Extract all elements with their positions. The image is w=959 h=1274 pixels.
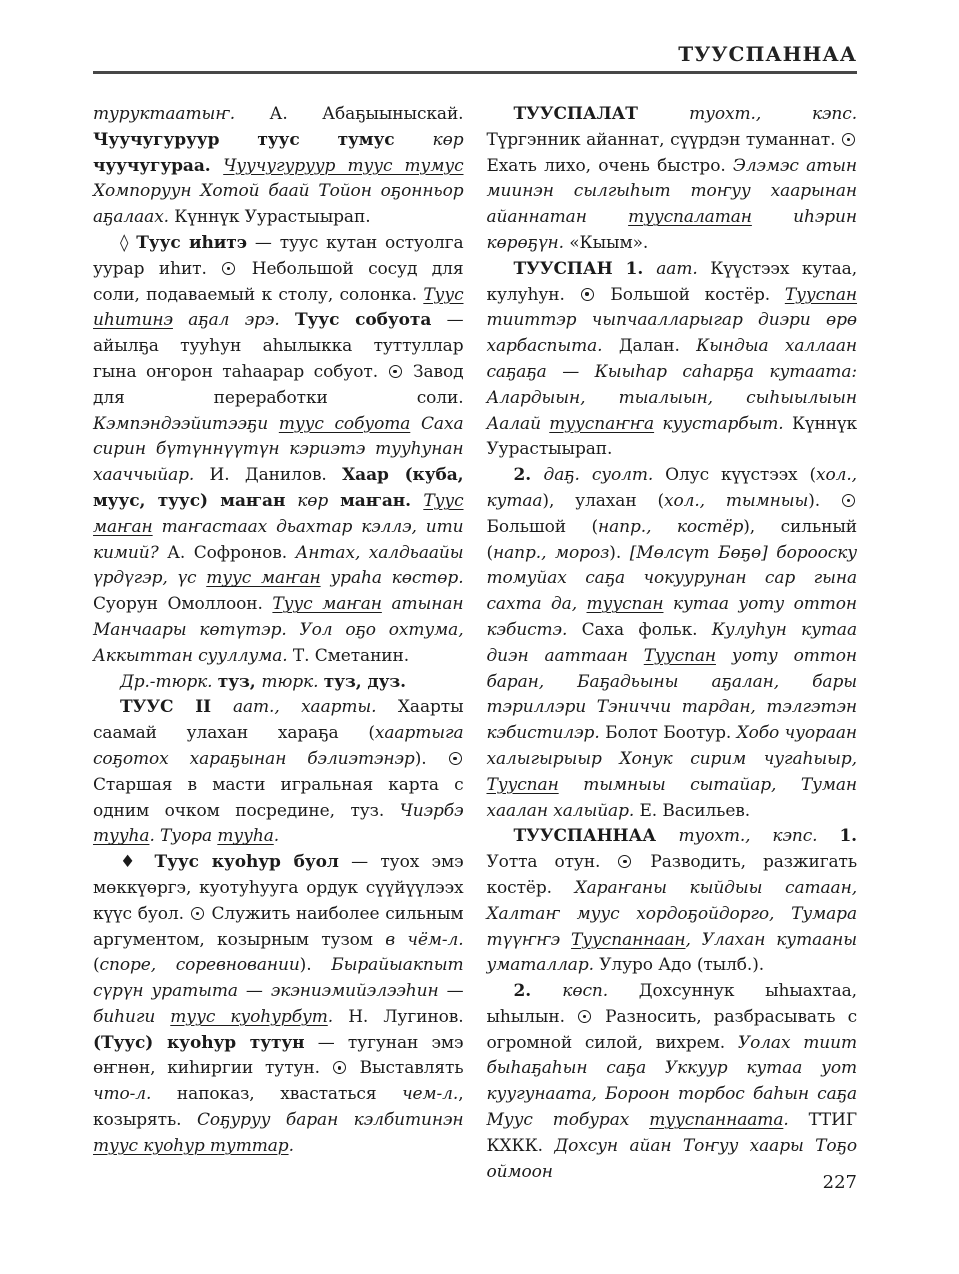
paragraph: ♦ Туус куоһур буол — туох эмэ мөккүөргэ,… (93, 850, 464, 1160)
text-run: ). (609, 543, 629, 563)
paragraph: 2. көсп. Дохсуннук ыһыахтаа, ыһылын. Раз… (487, 979, 858, 1185)
text-run: Выставлять (348, 1058, 464, 1078)
paragraph: ТУУСПАЛАТ туохт., кэпс. Түргэнник айанна… (487, 102, 858, 257)
text-run: Соҕуруу баран кэлбитинэн (197, 1110, 464, 1130)
dictionary-page: ТУУСПАННАА туруктаатыҥ. А. Абаҕыыныскай.… (0, 0, 959, 1274)
text-run: көсп. (562, 981, 639, 1001)
text-run: Туус куоһур буол (155, 852, 339, 872)
text-run: Болот Боотур. (600, 723, 737, 743)
text-run: Большой ( (487, 517, 599, 537)
text-run: Суорун Омоллоон. (93, 594, 272, 614)
filled-diamond-icon: ♦ (120, 852, 142, 872)
circled-dot-icon (842, 133, 855, 146)
text-run: хол., тымныы (664, 491, 808, 511)
text-run: тууһа (217, 826, 273, 846)
text-run: Чиэрбэ (400, 801, 464, 821)
text-run: . (149, 826, 160, 846)
circled-dot-icon (578, 1010, 591, 1023)
circled-dot-icon (618, 855, 631, 868)
text-run: куустарбыт. (654, 414, 784, 434)
paragraph: ТУУС II аат., хаарты. Хаарты саамай улах… (93, 695, 464, 850)
text-run: Далан. (603, 336, 697, 356)
text-columns: туруктаатыҥ. А. Абаҕыыныскай. Чуучугуруу… (93, 102, 857, 1185)
text-run: напр., мороз (493, 543, 609, 563)
text-run (285, 491, 297, 511)
text-run: Т. Сметанин. (288, 646, 409, 666)
text-run: Олус күүстээх ( (665, 465, 816, 485)
text-run: тууспаҥҥа (549, 414, 654, 434)
text-run: аат., хаарты. (233, 697, 398, 717)
text-run: Тууспан (785, 285, 857, 305)
text-run: көр (297, 491, 328, 511)
text-run: ). (415, 749, 448, 769)
column-right: ТУУСПАЛАТ туохт., кэпс. Түргэнник айанна… (487, 102, 858, 1185)
text-run: тууспаннаата (649, 1110, 783, 1130)
text-run: Күннүк Уурастыырап. (169, 207, 371, 227)
text-run: Туус иһитэ (136, 233, 247, 253)
page-number: 227 (823, 1172, 857, 1193)
text-run: Большой костёр. (596, 285, 785, 305)
text-run: Чуучугуруур туус тумус (93, 130, 433, 150)
text-run: туз, (218, 672, 262, 692)
paragraph: Др.-тюрк. туз, тюрк. туз, дуз. (93, 670, 464, 696)
text-run: Чуучугуруур туус тумус (223, 156, 463, 176)
text-run: в чём-л. (385, 930, 463, 950)
text-run: туус собуота (279, 414, 410, 434)
text-run: Туус собуота (295, 310, 431, 330)
text-run: көр (433, 130, 464, 150)
text-run: «Кыым». (564, 233, 648, 253)
text-run: споре, соревновании (100, 955, 300, 975)
text-run: ТУУСПАЛАТ (514, 104, 690, 124)
header-rule (93, 71, 857, 74)
text-run (142, 852, 154, 872)
text-run: Ехать лихо, очень быстро. (487, 156, 733, 176)
circled-dot-icon (333, 1061, 346, 1074)
paragraph: ТУУСПАННАА туохт., кэпс. 1. Уотта отун. … (487, 824, 858, 979)
text-run: Туора (160, 826, 217, 846)
column-left: туруктаатыҥ. А. Абаҕыыныскай. Чуучугуруу… (93, 102, 464, 1185)
text-run: Уотта отун. (487, 852, 618, 872)
text-run: ). (300, 955, 332, 975)
text-run: Др.-тюрк. (120, 672, 218, 692)
text-run: туус куоһур туттар (93, 1136, 289, 1156)
text-run: ), улахан ( (542, 491, 664, 511)
text-run: аҕал эрэ. (173, 310, 295, 330)
text-run: даҕ. суолт. (544, 465, 666, 485)
paragraph: ◊ Туус иһитэ — туус кутан остуолга уурар… (93, 231, 464, 670)
text-run: Тууспан (644, 646, 716, 666)
text-run: Е. Васильев. (634, 801, 750, 821)
paragraph: туруктаатыҥ. А. Абаҕыыныскай. Чуучугуруу… (93, 102, 464, 231)
text-run: туус маҥан (206, 568, 320, 588)
running-head: ТУУСПАННАА (93, 42, 857, 66)
text-run: Саха фольк. (567, 620, 711, 640)
text-run: . (289, 1136, 294, 1156)
text-run: маҥан. (340, 491, 423, 511)
text-run: тюрк. (261, 672, 323, 692)
text-run: тууспан (587, 594, 664, 614)
text-run: ураһа көстөр. (321, 568, 464, 588)
text-run: Тууспан (487, 775, 559, 795)
text-run: Н. Лугинов. (333, 1007, 463, 1027)
text-run: туз, дуз. (324, 672, 406, 692)
text-run: 2. (514, 981, 563, 1001)
text-run: (Туус) куоһур тутун (93, 1033, 305, 1053)
text-run: ТУУС II (120, 697, 233, 717)
text-run: туохт., кэпс. (678, 826, 839, 846)
text-run: И. Данилов. (194, 465, 342, 485)
circled-dot-icon (389, 365, 402, 378)
text-run: Тууспаннаан (571, 930, 685, 950)
text-run: тууһа (93, 826, 149, 846)
text-run: ТУУСПАННАА (514, 826, 679, 846)
text-run: аат. (656, 259, 710, 279)
text-run: А. Абаҕыыныскай. (235, 104, 463, 124)
text-run: 2. (514, 465, 544, 485)
text-run: чем-л. (402, 1084, 458, 1104)
text-run: Улуро Адо (тылб.). (594, 955, 764, 975)
text-run: ТУУСПАН 1. (514, 259, 657, 279)
text-run: туруктаатыҥ. (93, 104, 235, 124)
text-run: туохт., кэпс. (689, 104, 857, 124)
text-run: напоказ, хвастаться (151, 1084, 402, 1104)
paragraph: ТУУСПАН 1. аат. Күүстээх кутаа, кулуһун.… (487, 257, 858, 463)
text-run: А. Софронов. (159, 543, 296, 563)
text-run (328, 491, 340, 511)
text-run: ). (808, 491, 841, 511)
text-run: Түргэнник айаннат, сүүрдэн туманнат. (487, 130, 842, 150)
circled-dot-icon (449, 752, 462, 765)
text-run: чуучугураа. (93, 156, 223, 176)
text-run: туус куоһурбут (170, 1007, 327, 1027)
text-run: Туус маҥан (272, 594, 381, 614)
circled-dot-icon (191, 907, 204, 920)
text-run: что-л. (93, 1084, 151, 1104)
circled-dot-icon (842, 494, 855, 507)
text-run: Кэмпэндээйитээҕи (93, 414, 279, 434)
page-content: ТУУСПАННАА туруктаатыҥ. А. Абаҕыыныскай.… (93, 42, 857, 1185)
text-run: тууспалатан (628, 207, 752, 227)
text-run: напр., костёр (598, 517, 743, 537)
text-run: 1. (839, 826, 857, 846)
text-run: . (274, 826, 279, 846)
circled-dot-icon (581, 288, 594, 301)
circled-dot-icon (222, 262, 235, 275)
paragraph: 2. даҕ. суолт. Олус күүстээх (хол., кута… (487, 463, 858, 824)
